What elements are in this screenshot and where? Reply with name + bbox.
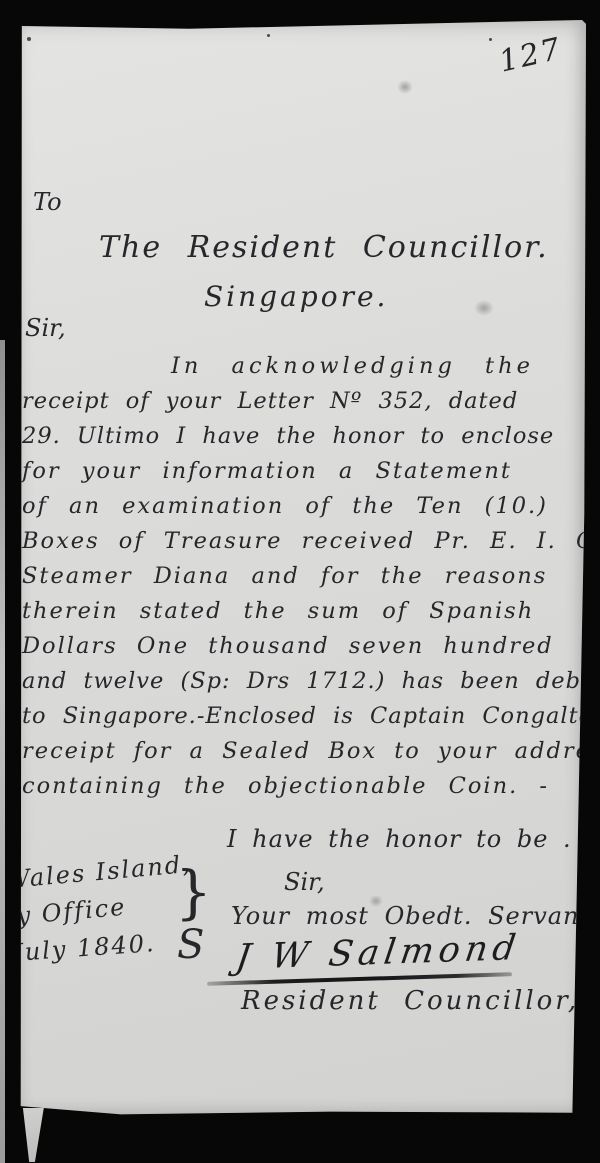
letter-body-line: and twelve (Sp: Drs 1712.) has been debi…: [22, 668, 600, 694]
dateline-brace-tail: S: [177, 922, 204, 968]
page-number: 127: [496, 31, 566, 79]
document-page: 127 To The Resident Councillor. Singapor…: [19, 20, 586, 1116]
adjacent-page-edge: [0, 340, 5, 1163]
letter-body-line: for your information a Statement: [22, 458, 512, 484]
letter-body-line: receipt for a Sealed Box to your address: [22, 738, 600, 764]
dateline-place: Wales Island,: [4, 850, 193, 894]
letter-body-line: therein stated the sum of Spanish: [22, 598, 534, 624]
letter-body-line: Steamer Diana and for the reasons: [22, 563, 547, 589]
paper-smudge: [397, 80, 413, 94]
paper-smudge: [474, 300, 494, 316]
ink-speck: [27, 37, 31, 41]
signature: J W Salmond: [233, 928, 523, 978]
letter-body-line: 29. Ultimo I have the honor to enclose: [22, 423, 554, 449]
letter-body-line: Dollars One thousand seven hundred: [22, 633, 554, 659]
addressee-place: Singapore.: [204, 280, 388, 313]
letter-body-line: of an examination of the Ten (10.): [22, 493, 548, 519]
letter-body-line: containing the objectionable Coin. -: [22, 773, 549, 799]
closing-honor-line: I have the honor to be .: [227, 825, 572, 853]
salutation: Sir,: [25, 314, 66, 342]
closing-servant-line: Your most Obedt. Servant.: [231, 902, 599, 930]
paper-corner-fragment: [21, 1108, 45, 1162]
dateline-date: July 1840.: [12, 929, 156, 967]
ink-speck: [489, 38, 492, 41]
letter-body-line: to Singapore.-Enclosed is Captain Congal…: [22, 703, 600, 729]
letter-body-line: In acknowledging the: [171, 353, 534, 379]
closing-sir: Sir,: [284, 868, 325, 896]
scanned-letter-view: 127 To The Resident Councillor. Singapor…: [0, 0, 600, 1163]
dateline-brace: }: [175, 858, 212, 926]
letter-body-line: receipt of your Letter Nº 352, dated: [22, 388, 518, 414]
dateline-office: ry Office: [2, 893, 127, 932]
letter-body-line: Boxes of Treasure received Pr. E. I. C.: [22, 528, 600, 554]
addressee-line: The Resident Councillor.: [99, 230, 549, 265]
signer-title: Resident Councillor,: [241, 986, 579, 1016]
address-to-label: To: [33, 188, 62, 216]
ink-speck: [267, 34, 270, 37]
